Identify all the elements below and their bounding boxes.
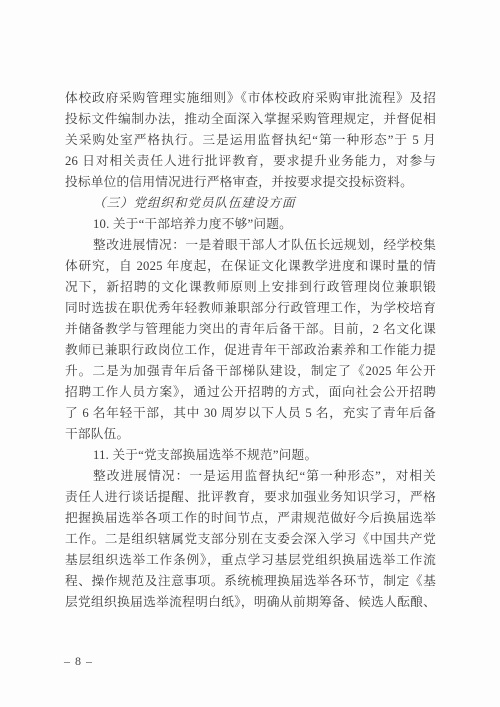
item-heading: 11. 关于“党支部换届选举不规范”问题。 [65,445,436,466]
body-text: 体校政府采购管理实施细则》《市体校政府采购审批流程》及招 投标文件编制办法，推动… [65,88,436,613]
page-number: – 8 – [64,654,93,668]
text-line: 教师已兼职行政岗位工作，促进青年干部政治素养和工作能力提 [65,340,436,361]
text-line: 层党组织换届选举流程明白纸》，明确从前期筹备、候选人酝酿、 [65,592,436,613]
text-line: 整改进展情况：一是运用监督执纪“第一种形态”，对相关 [65,466,436,487]
text-line: 干部队伍。 [65,424,436,445]
text-line: 关采购处室严格执行。三是运用监督执纪“第一种形态”于 5 月 [65,130,436,151]
text-line: 招聘工作人员方案》，通过公开招聘的方式，面向社会公开招聘 [65,382,436,403]
text-line: 同时选拔在职优秀年轻教师兼职部分行政管理工作，为学校培育 [65,298,436,319]
text-line: 基层组织选举工作条例》，重点学习基层党组织换届选举工作流 [65,550,436,571]
section-heading: （三）党组织和党员队伍建设方面 [65,193,436,214]
text-line: 程、操作规范及注意事项。系统梳理换届选举各环节，制定《基 [65,571,436,592]
text-line: 把握换届选举各项工作的时间节点，严肃规范做好今后换届选举 [65,508,436,529]
item-heading: 10. 关于“干部培养力度不够”问题。 [65,214,436,235]
text-line: 况下，新招聘的文化课教师原则上安排到行政管理岗位兼职锻炼， [65,277,436,298]
document-page: 体校政府采购管理实施细则》《市体校政府采购审批流程》及招 投标文件编制办法，推动… [0,0,500,707]
text-line: 并储备教学与管理能力突出的青年后备干部。目前，2 名文化课 [65,319,436,340]
text-line: 了 6 名年轻干部，其中 30 周岁以下人员 5 名，充实了青年后备 [65,403,436,424]
text-line: 投标单位的信用情况进行严格审查，并按要求提交投标资料。 [65,172,436,193]
text-line: 责任人进行谈话提醒、批评教育，要求加强业务知识学习，严格 [65,487,436,508]
text-line: 整改进展情况：一是着眼干部人才队伍长远规划，经学校集 [65,235,436,256]
text-line: 升。二是为加强青年后备干部梯队建设，制定了《2025 年公开 [65,361,436,382]
text-line: 投标文件编制办法，推动全面深入掌握采购管理规定，并督促相 [65,109,436,130]
text-line: 26 日对相关责任人进行批评教育，要求提升业务能力，对参与 [65,151,436,172]
text-line: 体校政府采购管理实施细则》《市体校政府采购审批流程》及招 [65,88,436,109]
text-line: 工作。二是组织辖属党支部分别在支委会深入学习《中国共产党 [65,529,436,550]
text-line: 体研究，自 2025 年度起，在保证文化课教学进度和课时量的情 [65,256,436,277]
